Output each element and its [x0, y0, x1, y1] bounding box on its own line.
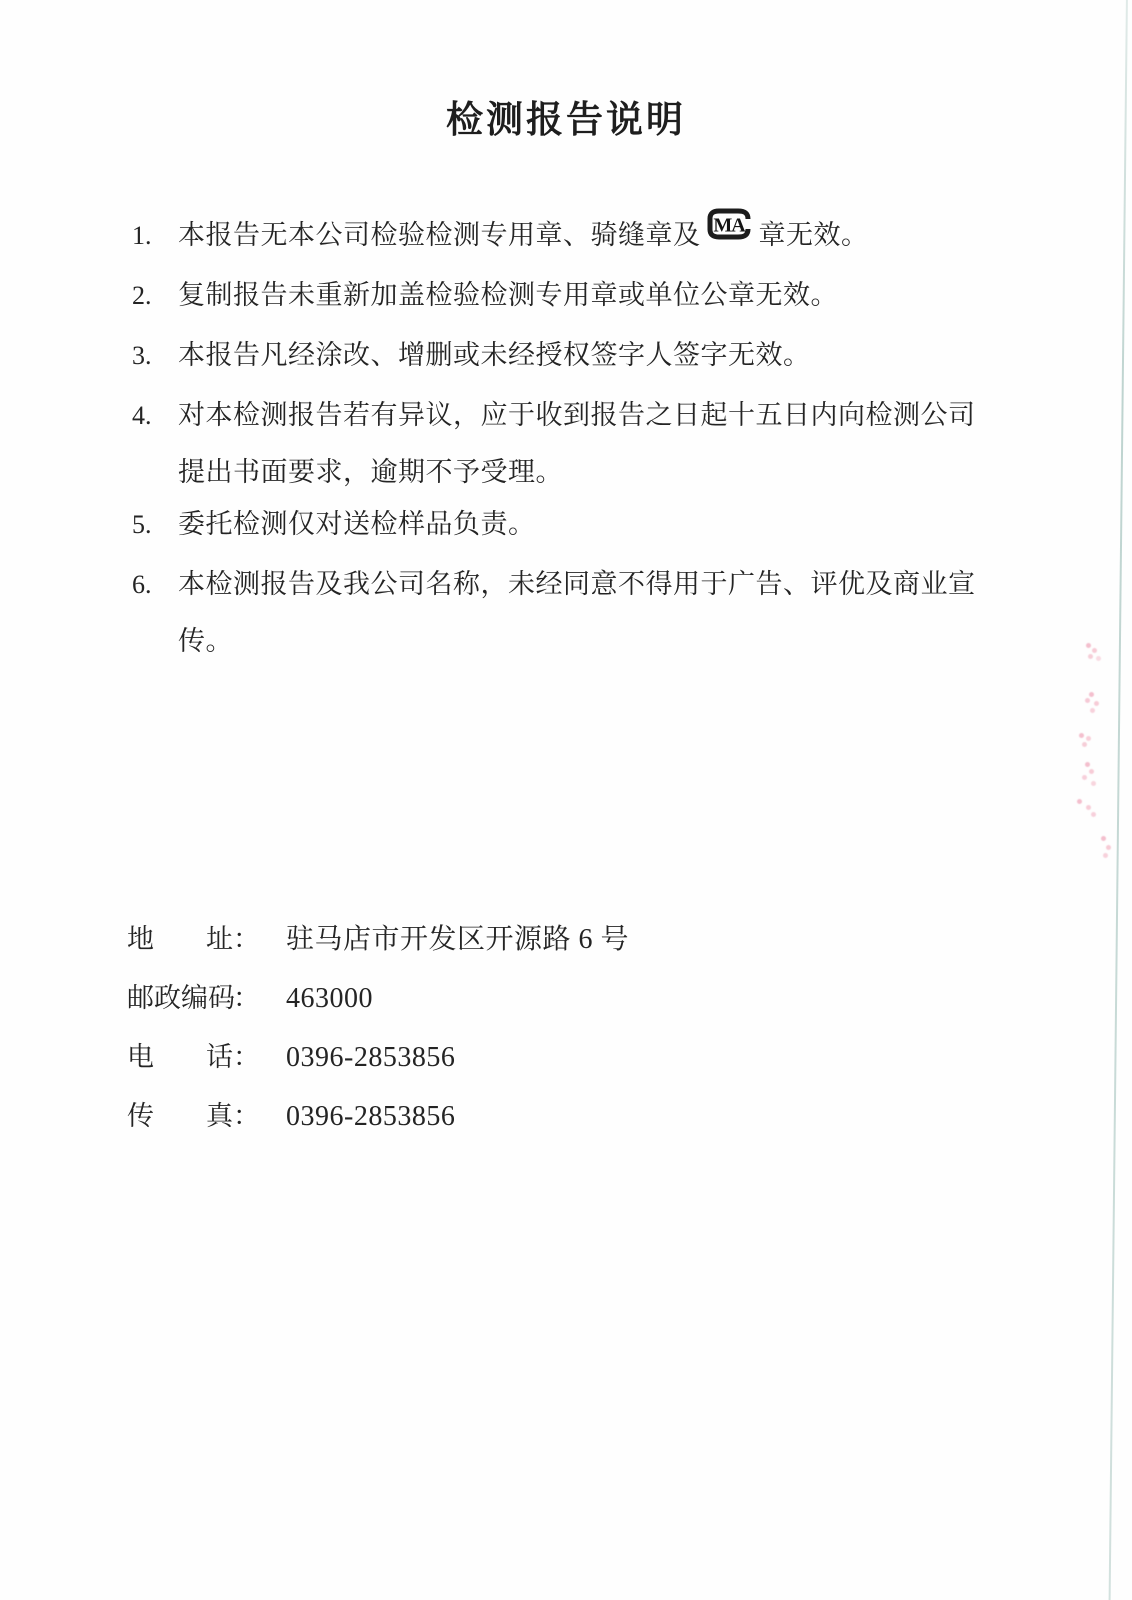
note-number: 3.: [132, 327, 178, 384]
note-text: 本报告凡经涂改、增删或未经授权签字人签字无效。: [178, 327, 1002, 384]
note-number: 5.: [132, 496, 178, 553]
notes-list: 1. 本报告无本公司检验检测专用章、骑缝章及 MA 章无效。 2. 复制报告未重…: [0, 207, 1132, 670]
scanned-report-page: 检测报告说明 1. 本报告无本公司检验检测专用章、骑缝章及 MA 章无效。 2.…: [0, 0, 1132, 1600]
note-text-after-seal: 章无效。: [759, 220, 869, 250]
note-number: 2.: [132, 267, 178, 324]
phone-label: 电话: [127, 1028, 233, 1086]
note-item-2: 2. 复制报告未重新加盖检验检测专用章或单位公章无效。: [132, 267, 1132, 324]
note-item-4: 4. 对本检测报告若有异议，应于收到报告之日起十五日内向检测公司提出书面要求，逾…: [132, 387, 1132, 501]
label-colon: ：: [233, 910, 260, 968]
stamp-residue-mark: [1079, 733, 1084, 738]
page-title: 检测报告说明: [0, 0, 1132, 145]
note-text-before-seal: 本报告无本公司检验检测专用章、骑缝章及: [178, 220, 701, 250]
svg-text:MA: MA: [713, 215, 746, 237]
note-number: 6.: [132, 556, 178, 670]
stamp-residue-mark: [1085, 762, 1090, 767]
address-label: 地址: [127, 910, 233, 968]
contact-block: 地址：驻马店市开发区开源路 6 号 邮政编码：463000 电话：0396-28…: [0, 910, 1132, 1146]
note-item-1: 1. 本报告无本公司检验检测专用章、骑缝章及 MA 章无效。: [132, 207, 1132, 264]
note-text: 本报告无本公司检验检测专用章、骑缝章及 MA 章无效。: [178, 207, 1002, 264]
postcode-value: 463000: [286, 983, 373, 1014]
cma-seal-icon: MA: [707, 208, 753, 240]
note-text: 对本检测报告若有异议，应于收到报告之日起十五日内向检测公司提出书面要求，逾期不予…: [178, 387, 1002, 501]
stamp-residue-mark: [1101, 836, 1106, 841]
contact-row-fax: 传真：0396-2853856: [127, 1087, 1132, 1146]
note-item-6: 6. 本检测报告及我公司名称，未经同意不得用于广告、评优及商业宣传。: [132, 556, 1132, 670]
note-number: 4.: [132, 387, 178, 501]
label-colon: ：: [233, 1028, 260, 1086]
contact-row-address: 地址：驻马店市开发区开源路 6 号: [127, 910, 1132, 969]
address-value: 驻马店市开发区开源路 6 号: [286, 924, 629, 955]
note-item-3: 3. 本报告凡经涂改、增删或未经授权签字人签字无效。: [132, 327, 1132, 384]
note-text: 本检测报告及我公司名称，未经同意不得用于广告、评优及商业宣传。: [178, 556, 1002, 670]
fax-label: 传真: [127, 1087, 233, 1145]
postcode-label: 邮政编码: [127, 969, 233, 1027]
note-number: 1.: [132, 207, 178, 264]
fax-value: 0396-2853856: [286, 1101, 455, 1132]
note-text: 委托检测仅对送检样品负责。: [178, 496, 1002, 553]
stamp-residue-mark: [1077, 799, 1082, 804]
note-text: 复制报告未重新加盖检验检测专用章或单位公章无效。: [178, 267, 1002, 324]
contact-row-phone: 电话：0396-2853856: [127, 1028, 1132, 1087]
note-item-5: 5. 委托检测仅对送检样品负责。: [132, 496, 1132, 553]
label-colon: ：: [233, 1087, 260, 1145]
stamp-residue-mark: [1089, 692, 1094, 697]
label-colon: ：: [233, 969, 260, 1027]
phone-value: 0396-2853856: [286, 1042, 455, 1073]
contact-row-postcode: 邮政编码：463000: [127, 969, 1132, 1028]
